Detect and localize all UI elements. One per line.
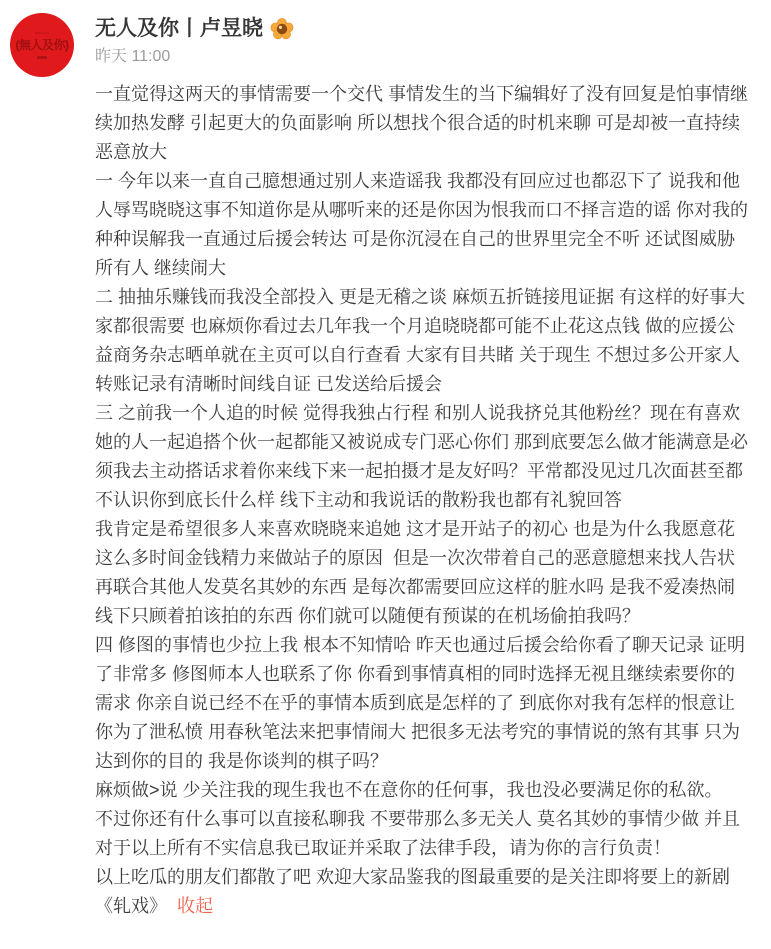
- avatar-label: (無人及你): [16, 39, 69, 51]
- post-body: 一直觉得这两天的事情需要一个交代 事情发生的当下编辑好了没有回复是怕事情继续加热…: [95, 80, 751, 927]
- avatar-decoration-top: [35, 32, 49, 34]
- header-info: 无人及你丨卢昱晓 昨天 11:00: [95, 0, 771, 66]
- timestamp: 昨天 11:00: [95, 48, 771, 66]
- post-paragraph: 二 抽抽乐赚钱而我没全部投入 更是无稽之谈 麻烦五折链接甩证据 有这样的好事大家…: [95, 283, 751, 399]
- post-paragraph: 四 修图的事情也少拉上我 根本不知情哈 昨天也通过后援会给你看了聊天记录 证明了…: [95, 631, 751, 776]
- weibo-post: (無人及你) 无人及你丨卢昱晓: [0, 0, 771, 927]
- username[interactable]: 无人及你丨卢昱晓: [95, 16, 263, 41]
- post-paragraph: 我肯定是希望很多人来喜欢晓晓来追她 这才是开站子的初心 也是为什么我愿意花这么多…: [95, 515, 751, 631]
- gold-flower-badge-icon: [270, 18, 294, 40]
- collapse-link[interactable]: 收起: [177, 896, 213, 916]
- avatar[interactable]: (無人及你): [10, 13, 74, 77]
- post-paragraph: 麻烦做>说 少关注我的现生我也不在意你的任何事，我也没必要满足你的私欲。: [95, 776, 751, 805]
- username-row: 无人及你丨卢昱晓: [95, 16, 771, 41]
- avatar-decoration-bottom: [37, 56, 47, 59]
- post-paragraph: 一 今年以来一直自己臆想通过别人来造谣我 我都没有回应过也都忍下了 说我和他人辱…: [95, 167, 751, 283]
- post-paragraph: 三 之前我一个人追的时候 觉得我独占行程 和别人说我挤兑其他粉丝？现在有喜欢她的…: [95, 399, 751, 515]
- post-paragraph: 不过你还有什么事可以直接私聊我 不要带那么多无关人 莫名其妙的事情少做 并且对于…: [95, 805, 751, 863]
- post-paragraph: 一直觉得这两天的事情需要一个交代 事情发生的当下编辑好了没有回复是怕事情继续加热…: [95, 80, 751, 167]
- post-paragraph: 以上吃瓜的朋友们都散了吧 欢迎大家品鉴我的图最重要的是关注即将要上的新剧《轧戏》…: [95, 863, 751, 921]
- post-header: (無人及你) 无人及你丨卢昱晓: [0, 0, 771, 80]
